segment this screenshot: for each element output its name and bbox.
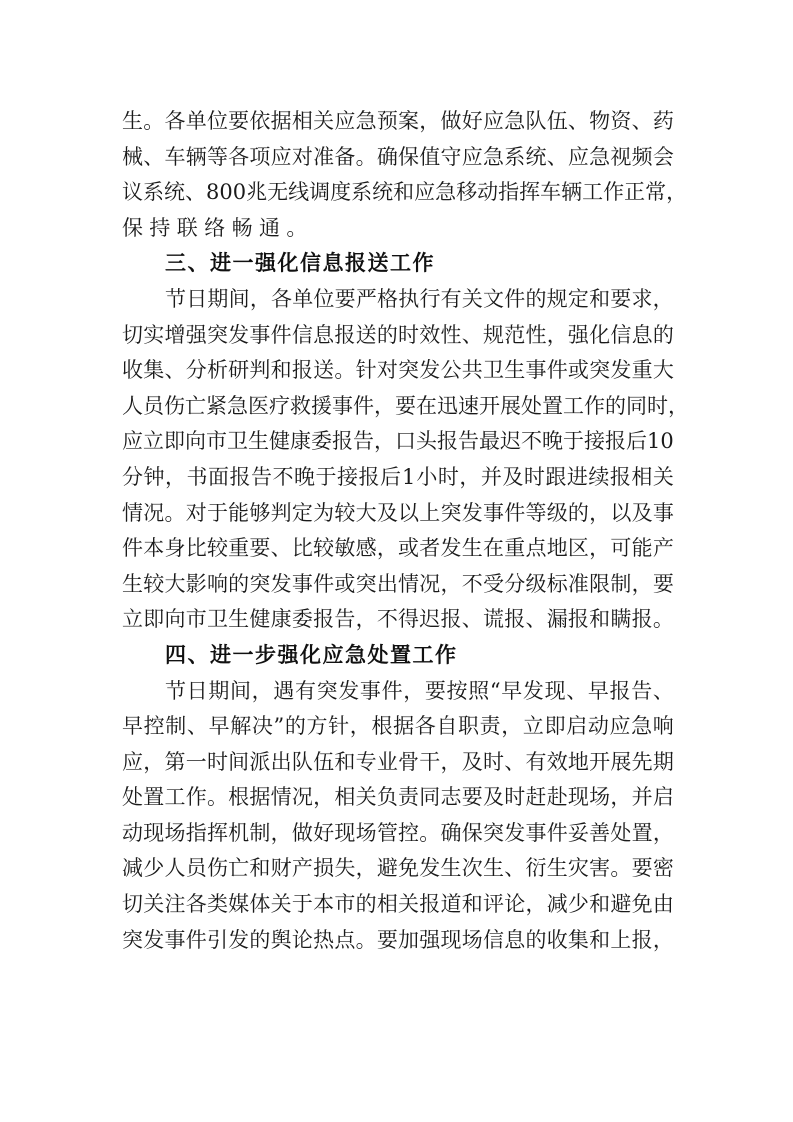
glyph: 失 [334,851,355,887]
glyph: 好 [462,104,483,140]
glyph: 于 [316,460,337,496]
section-heading-3: 三、进一强化信息报送工作 [122,246,674,282]
glyph: 免 [632,887,653,923]
glyph: 发 [228,318,249,354]
glyph: 晚 [542,424,563,460]
glyph: 较 [207,531,228,567]
glyph: 位 [207,104,228,140]
glyph: 于 [563,424,584,460]
glyph: 早 [588,674,609,710]
glyph: 信 [483,923,504,959]
glyph: 及 [377,496,398,532]
glyph: 机 [228,816,249,852]
glyph: 少 [568,887,589,923]
glyph: 位 [313,282,334,318]
glyph: 产 [292,851,313,887]
glyph: 够 [249,496,270,532]
glyph: 制 [249,816,270,852]
glyph: 人 [122,389,143,425]
glyph: 制 [165,709,186,745]
glyph: 处 [122,780,143,816]
glyph: 工 [164,780,185,816]
glyph: 事 [249,318,270,354]
glyph: 突 [441,496,462,532]
glyph: 效 [547,745,568,781]
glyph: 移 [456,175,477,211]
glyph: ， [589,531,610,567]
glyph: 较 [334,496,355,532]
glyph: 应 [609,709,630,745]
glyph: 迟 [500,424,521,460]
glyph: 切 [122,318,143,354]
glyph: 预 [377,104,398,140]
glyph: 由 [653,887,674,923]
glyph: 事 [292,567,313,603]
glyph: 减 [122,851,143,887]
glyph: ， [313,780,334,816]
glyph: 同 [626,389,647,425]
glyph: 0 [660,424,673,460]
glyph: 有 [295,674,316,710]
glyph: 展 [500,389,521,425]
glyph: 负 [377,780,398,816]
glyph: 析 [207,353,228,389]
glyph: 严 [356,282,377,318]
glyph: 事 [525,816,546,852]
glyph: 、 [164,353,185,389]
glyph: 案 [398,104,419,140]
glyph: 限 [589,567,610,603]
text-line: 械、车辆等各项应对准备。确保值守应急系统、应急视频会 [122,140,674,176]
glyph: 的 [228,567,249,603]
glyph: 生 [462,531,483,567]
text-line: 减少人员伤亡和财产损失，避免发生次生、衍生灾害。要密 [122,851,674,887]
glyph: 行 [419,282,440,318]
glyph: ， [374,389,395,425]
glyph: 速 [458,389,479,425]
glyph: 要 [377,923,398,959]
glyph: 晚 [294,460,315,496]
glyph: 报 [359,460,380,496]
glyph: 规 [547,282,568,318]
glyph: 受 [483,567,504,603]
glyph: 。 [356,923,377,959]
glyph: 或 [568,353,589,389]
glyph: 值 [419,140,440,176]
glyph: 和 [589,923,610,959]
glyph: 次 [462,851,483,887]
glyph: 救 [290,389,311,425]
paragraph-emergency-response: 节日期间，遇有突发事件，要按照“早发现、早报告、 早控制、早解决”的方针，根据各… [122,674,674,959]
glyph: ， [356,602,377,638]
glyph: 针 [356,353,377,389]
glyph: 和 [589,887,610,923]
glyph: 各 [164,104,185,140]
glyph: 为 [313,496,334,532]
glyph: 卫 [483,353,504,389]
glyph: 立 [122,602,143,638]
glyph: 定 [292,496,313,532]
glyph: 少 [143,851,164,887]
glyph: 实 [143,318,164,354]
glyph: 比 [186,531,207,567]
glyph: 不 [273,460,294,496]
glyph: 要 [653,567,674,603]
glyph: 生 [547,851,568,887]
glyph: 现 [334,816,355,852]
glyph: 和 [393,175,414,211]
glyph: 日 [187,674,208,710]
glyph: 好 [313,816,334,852]
glyph: 械 [122,140,143,176]
glyph: 免 [398,851,419,887]
glyph: 急 [483,140,504,176]
glyph: 的 [356,887,377,923]
glyph: 敏 [334,531,355,567]
glyph: 确 [377,140,398,176]
glyph: 生 [504,353,525,389]
text-line: 节日期间，各单位要严格执行有关文件的规定和要求， [122,282,674,318]
glyph: 频 [632,140,653,176]
glyph: 件 [122,531,143,567]
glyph: 迅 [437,389,458,425]
glyph: 况 [143,496,164,532]
glyph: 员 [186,851,207,887]
glyph: 根 [228,780,249,816]
glyph: 挥 [207,816,228,852]
glyph: ， [501,709,522,745]
glyph: 突 [398,353,419,389]
glyph: 件 [186,923,207,959]
glyph: 产 [653,531,674,567]
glyph: 跟 [545,460,566,496]
text-line: 切实增强突发事件信息报送的时效性、规范性，强化信息的 [122,318,674,354]
glyph: 突 [249,567,270,603]
glyph: 责 [398,780,419,816]
glyph: 委 [311,424,332,460]
glyph: 告 [458,424,479,460]
glyph: 发 [338,674,359,710]
glyph: 影 [186,567,207,603]
glyph: 事 [360,674,381,710]
text-line: 议系统、800 兆无线调度系统和应急移动指挥车辆工作正常， [122,175,674,211]
glyph: 分 [504,567,525,603]
glyph: 告 [631,674,652,710]
glyph: 统 [372,175,393,211]
glyph: 单 [186,104,207,140]
glyph: 各 [271,282,292,318]
glyph: 针 [328,709,349,745]
glyph: 指 [186,816,207,852]
glyph: 现 [441,923,462,959]
glyph: 健 [249,602,270,638]
glyph: 区 [568,531,589,567]
glyph: 应 [122,745,143,781]
glyph: 或 [398,531,419,567]
glyph: 分 [186,353,207,389]
glyph: 职 [458,709,479,745]
glyph: 论 [504,887,525,923]
glyph: 、 [504,851,525,887]
glyph: 资 [610,104,631,140]
glyph: 无 [267,175,288,211]
glyph: 类 [207,887,228,923]
glyph: 。 [356,140,377,176]
glyph: 情 [271,780,292,816]
glyph: 应 [122,424,143,460]
glyph: ， [143,745,164,781]
glyph: 接 [584,424,605,460]
glyph: 一 [186,745,207,781]
glyph: 即 [143,602,164,638]
text-line: 生较大影响的突发事件或突出情况，不受分级标准限制，要 [122,567,674,603]
glyph: 根 [371,709,392,745]
glyph: ， [666,175,687,211]
glyph: 及 [632,496,653,532]
glyph: 在 [416,389,437,425]
glyph: 时 [524,460,545,496]
glyph: 做 [441,104,462,140]
glyph: “ [490,674,501,710]
glyph: 报 [441,602,462,638]
glyph: 求 [631,282,652,318]
glyph: 关 [313,104,334,140]
glyph: 间 [228,745,249,781]
glyph: 、 [632,104,653,140]
glyph: 的 [249,923,270,959]
glyph: 专 [356,745,377,781]
text-line: 动现场指挥机制，做好现场管控。确保突发事件妥善处置， [122,816,674,852]
glyph: 0 [219,175,232,211]
glyph: 、 [185,175,206,211]
glyph: 对 [377,353,398,389]
glyph: 准 [568,567,589,603]
glyph: ， [547,318,568,354]
glyph: 生 [122,567,143,603]
glyph: 相 [377,887,398,923]
glyph: 向 [185,424,206,460]
glyph: 作 [584,389,605,425]
paragraph-continuation: 生。各单位要依据相关应急预案，做好应急队伍、物资、药 械、车辆等各项应对准备。确… [122,104,674,246]
glyph: 感 [356,531,377,567]
glyph: 应 [334,104,355,140]
glyph: 据 [393,709,414,745]
glyph: 的 [525,923,546,959]
glyph: 出 [377,567,398,603]
glyph: 告 [251,460,272,496]
glyph: ， [356,851,377,887]
glyph: 要 [610,282,631,318]
glyph: 要 [249,531,270,567]
glyph: 报 [292,353,313,389]
glyph: 。 [334,353,355,389]
glyph: 收 [122,353,143,389]
glyph: 生 [122,104,143,140]
document-page: 生。各单位要依据相关应急预案，做好应急队伍、物资、药 械、车辆等各项应对准备。确… [0,0,793,1122]
glyph: 集 [143,353,164,389]
glyph: 有 [525,745,546,781]
glyph: 地 [547,531,568,567]
glyph: 身 [164,531,185,567]
glyph: ， [252,674,273,710]
glyph: 生 [248,424,269,460]
glyph: 制 [610,567,631,603]
glyph: 关 [653,460,674,496]
glyph: 常 [645,175,666,211]
glyph: 点 [334,923,355,959]
glyph: 报 [605,424,626,460]
glyph: 在 [483,531,504,567]
glyph: 1 [402,460,415,496]
glyph: 志 [441,780,462,816]
glyph: ” [273,709,284,745]
glyph: ， [610,780,631,816]
glyph: 物 [589,104,610,140]
glyph: 漏 [547,602,568,638]
glyph: 应 [568,140,589,176]
glyph: 得 [398,602,419,638]
text-line: 处置工作。根据情况，相关负责同志要及时赶赴现场，并启 [122,780,674,816]
glyph: 管 [377,816,398,852]
glyph: 保 [462,816,483,852]
glyph: 度 [330,175,351,211]
glyph: 息 [632,318,653,354]
text-line: 早控制、早解决”的方针，根据各自职责，立即启动应急响 [122,709,674,745]
glyph: 工 [582,175,603,211]
glyph: 干 [419,745,440,781]
glyph: 送 [356,318,377,354]
glyph: 和 [249,851,270,887]
glyph: 要 [425,674,446,710]
glyph: 挥 [519,175,540,211]
glyph: 市 [206,424,227,460]
glyph: 大 [653,353,674,389]
glyph: 面 [208,460,229,496]
glyph: 地 [568,745,589,781]
glyph: 、 [504,745,525,781]
glyph: 关 [271,887,292,923]
glyph: 有 [441,282,462,318]
glyph: 避 [610,887,631,923]
glyph: 会 [653,140,674,176]
glyph: 启 [566,709,587,745]
glyph: 开 [589,745,610,781]
glyph: 性 [525,318,546,354]
glyph: 现 [143,816,164,852]
glyph: 突 [483,816,504,852]
glyph: 点 [525,531,546,567]
glyph: 依 [249,104,270,140]
glyph: 发 [419,353,440,389]
glyph: 级 [525,567,546,603]
glyph: 能 [632,531,653,567]
glyph: 决 [252,709,273,745]
glyph: 引 [207,923,228,959]
glyph: 比 [292,531,313,567]
glyph: 响 [653,709,674,745]
text-line: 情况。对于能够判定为较大及以上突发事件等级的，以及事 [122,496,674,532]
glyph: 妥 [568,816,589,852]
glyph: 卫 [227,424,248,460]
glyph: 对 [186,496,207,532]
glyph: 评 [483,887,504,923]
glyph: 信 [292,318,313,354]
glyph: 1 [647,424,660,460]
glyph: 生 [228,602,249,638]
glyph: 、 [462,602,483,638]
glyph: ， [441,745,462,781]
glyph: ， [403,674,424,710]
glyph: 保 [398,140,419,176]
glyph: 格 [377,282,398,318]
glyph: 效 [419,318,440,354]
glyph: 确 [441,816,462,852]
glyph: 单 [292,282,313,318]
glyph: 大 [356,496,377,532]
glyph: 期 [208,674,229,710]
glyph: 立 [143,424,164,460]
glyph: 调 [309,175,330,211]
text-line: 分钟，书面报告不晚于接报后 1 小时，并及时跟进续报相关 [122,460,674,496]
glyph: 节 [165,674,186,710]
glyph: 关 [398,887,419,923]
glyph: 件 [504,496,525,532]
glyph: 系 [504,140,525,176]
glyph: 、 [271,531,292,567]
glyph: 现 [545,674,566,710]
glyph: 发 [441,531,462,567]
glyph: ， [250,282,271,318]
glyph: 、 [525,602,546,638]
glyph: 。 [207,780,228,816]
glyph: 车 [164,140,185,176]
glyph: 正 [624,175,645,211]
glyph: 于 [207,496,228,532]
glyph: 早 [122,709,143,745]
glyph: 车 [540,175,561,211]
glyph: 。 [143,104,164,140]
glyph: 发 [504,816,525,852]
glyph: 启 [653,780,674,816]
glyph: 康 [271,602,292,638]
glyph: 文 [483,282,504,318]
glyph: 备 [334,140,355,176]
glyph: 和 [334,745,355,781]
glyph: 性 [441,318,462,354]
glyph: 等 [207,140,228,176]
glyph: 告 [334,602,355,638]
glyph: 伍 [547,104,568,140]
glyph: 期 [653,745,674,781]
glyph: 加 [398,923,419,959]
glyph: 出 [271,745,292,781]
glyph: 现 [568,780,589,816]
glyph: 者 [419,531,440,567]
glyph: 标 [547,567,568,603]
glyph: 较 [313,531,334,567]
glyph: ， [459,460,480,496]
glyph: 的 [377,318,398,354]
glyph: 较 [143,567,164,603]
glyph: 第 [164,745,185,781]
glyph: 规 [483,318,504,354]
glyph: 判 [271,496,292,532]
text-line: 人员伤亡紧急医疗救援事件，要在迅速开展处置工作的同时， [122,389,674,425]
glyph: 件 [547,816,568,852]
glyph: 节 [165,282,186,318]
glyph: 期 [207,282,228,318]
glyph: 报 [334,318,355,354]
